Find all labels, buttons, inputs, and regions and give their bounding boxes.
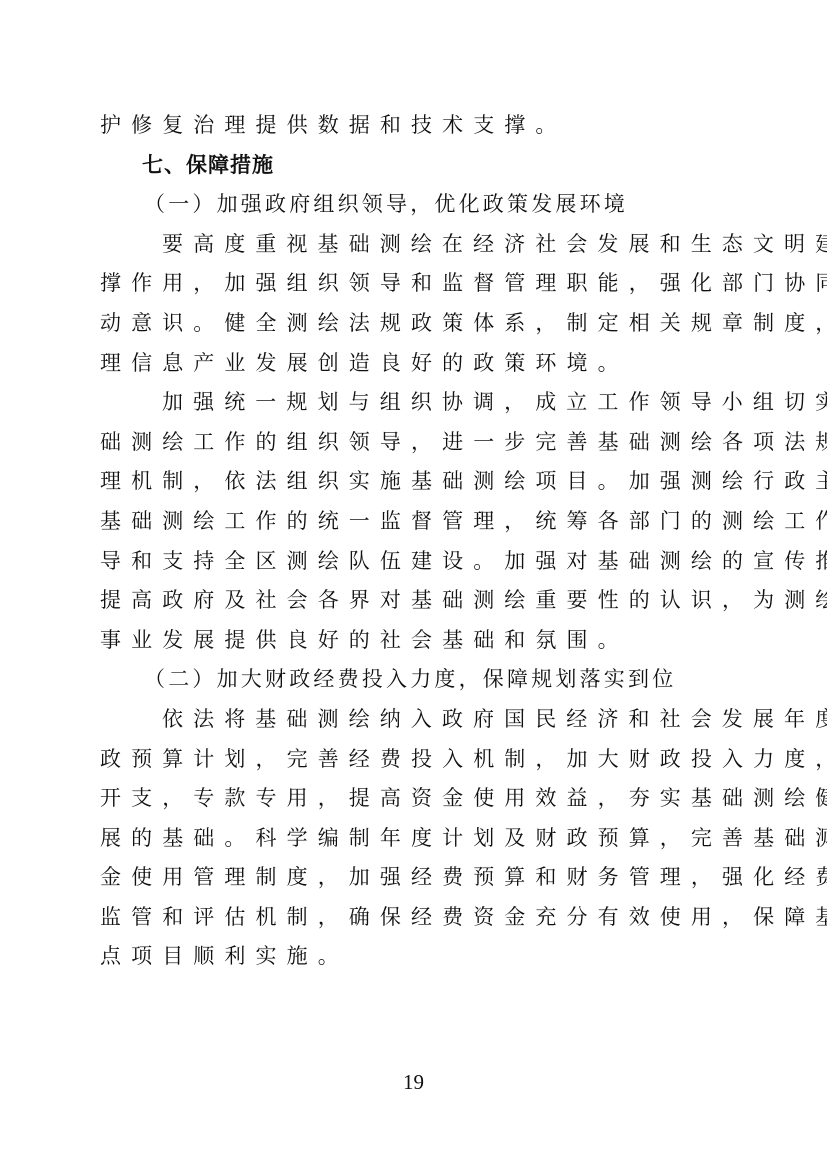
paragraph-line: 加强统一规划与组织协调，成立工作领导小组切实加强对基 <box>100 383 730 423</box>
paragraph-line: 监管和评估机制，确保经费资金充分有效使用，保障基础测绘重 <box>100 898 730 938</box>
paragraph-line: 理信息产业发展创造良好的政策环境。 <box>100 344 730 384</box>
paragraph-line: 点项目顺利实施。 <box>100 937 730 977</box>
paragraph-line: 基础测绘工作的统一监督管理，统筹各部门的测绘工作，积极引 <box>100 502 730 542</box>
paragraph-line: 要高度重视基础测绘在经济社会发展和生态文明建设中的支 <box>100 225 730 265</box>
paragraph-line: 导和支持全区测绘队伍建设。加强对基础测绘的宣传推广工作， <box>100 542 730 582</box>
paragraph-line: 展的基础。科学编制年度计划及财政预算，完善基础测绘经费资 <box>100 819 730 859</box>
paragraph-line: 础测绘工作的组织领导，进一步完善基础测绘各项法规政策和管 <box>100 423 730 463</box>
paragraph-line: 理机制，依法组织实施基础测绘项目。加强测绘行政主管部门对 <box>100 462 730 502</box>
paragraph-line: 动意识。健全测绘法规政策体系，制定相关规章制度，为测绘地 <box>100 304 730 344</box>
paragraph-line: 依法将基础测绘纳入政府国民经济和社会发展年度计划和财 <box>100 700 730 740</box>
paragraph-line: 开支，专款专用，提高资金使用效益，夯实基础测绘健康有序发 <box>100 779 730 819</box>
paragraph-line: 政预算计划，完善经费投入机制，加大财政投入力度，规范经费 <box>100 740 730 780</box>
page-number: 19 <box>0 1070 827 1095</box>
document-page: 护修复治理提供数据和技术支撑。 七、保障措施 （一）加强政府组织领导，优化政策发… <box>100 106 730 977</box>
paragraph-line: 撑作用，加强组织领导和监督管理职能，强化部门协同和上下联 <box>100 264 730 304</box>
paragraph-line: 事业发展提供良好的社会基础和氛围。 <box>100 621 730 661</box>
paragraph-line: 提高政府及社会各界对基础测绘重要性的认识，为测绘地理信息 <box>100 581 730 621</box>
section-heading: 七、保障措施 <box>100 146 730 186</box>
subsection-heading-1: （一）加强政府组织领导，优化政策发展环境 <box>100 185 730 225</box>
subsection-heading-2: （二）加大财政经费投入力度，保障规划落实到位 <box>100 660 730 700</box>
paragraph-continuation-line: 护修复治理提供数据和技术支撑。 <box>100 106 730 146</box>
paragraph-line: 金使用管理制度，加强经费预算和财务管理，强化经费资金使用 <box>100 858 730 898</box>
